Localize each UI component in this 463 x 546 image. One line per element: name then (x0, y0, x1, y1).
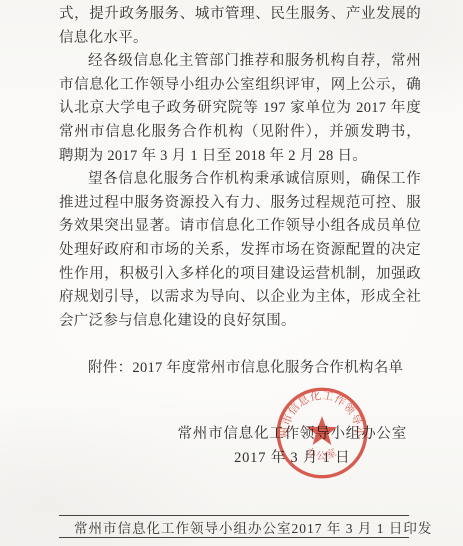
attachment-line: 附件：2017 年度常州市信息化服务合作机构名单 (59, 357, 421, 381)
paragraph: 经各级信息化主管部门推荐和服务机构自荐，常州市信息化工作领导小组办公室组织评审，… (59, 50, 421, 168)
document-body: 式，提升政务服务、城市管理、民生服务、产业发展的信息化水平。 经各级信息化主管部… (59, 3, 421, 381)
footer-bar: 常州市信息化工作领导小组办公室 2017 年 3 月 1 日印发 (59, 517, 409, 537)
footer-rule-bottom (59, 537, 409, 538)
footer-print-date: 2017 年 3 月 1 日印发 (292, 517, 433, 537)
footer-rule-top (59, 515, 409, 516)
official-seal: 常州市信息化工作领导小组 办公室 (275, 386, 369, 480)
star-icon (307, 416, 337, 445)
paragraph: 望各信息化服务合作机构秉承诚信原则，确保工作推进过程中服务资源投入有力、服务过程… (59, 168, 421, 333)
footer-issuer: 常州市信息化工作领导小组办公室 (74, 517, 292, 537)
seal-bottom-text: 办公室 (304, 445, 340, 462)
svg-text:办公室: 办公室 (304, 445, 340, 462)
scanned-document-sheet: 式，提升政务服务、城市管理、民生服务、产业发展的信息化水平。 经各级信息化主管部… (0, 0, 463, 546)
paragraph: 式，提升政务服务、城市管理、民生服务、产业发展的信息化水平。 (59, 3, 421, 50)
